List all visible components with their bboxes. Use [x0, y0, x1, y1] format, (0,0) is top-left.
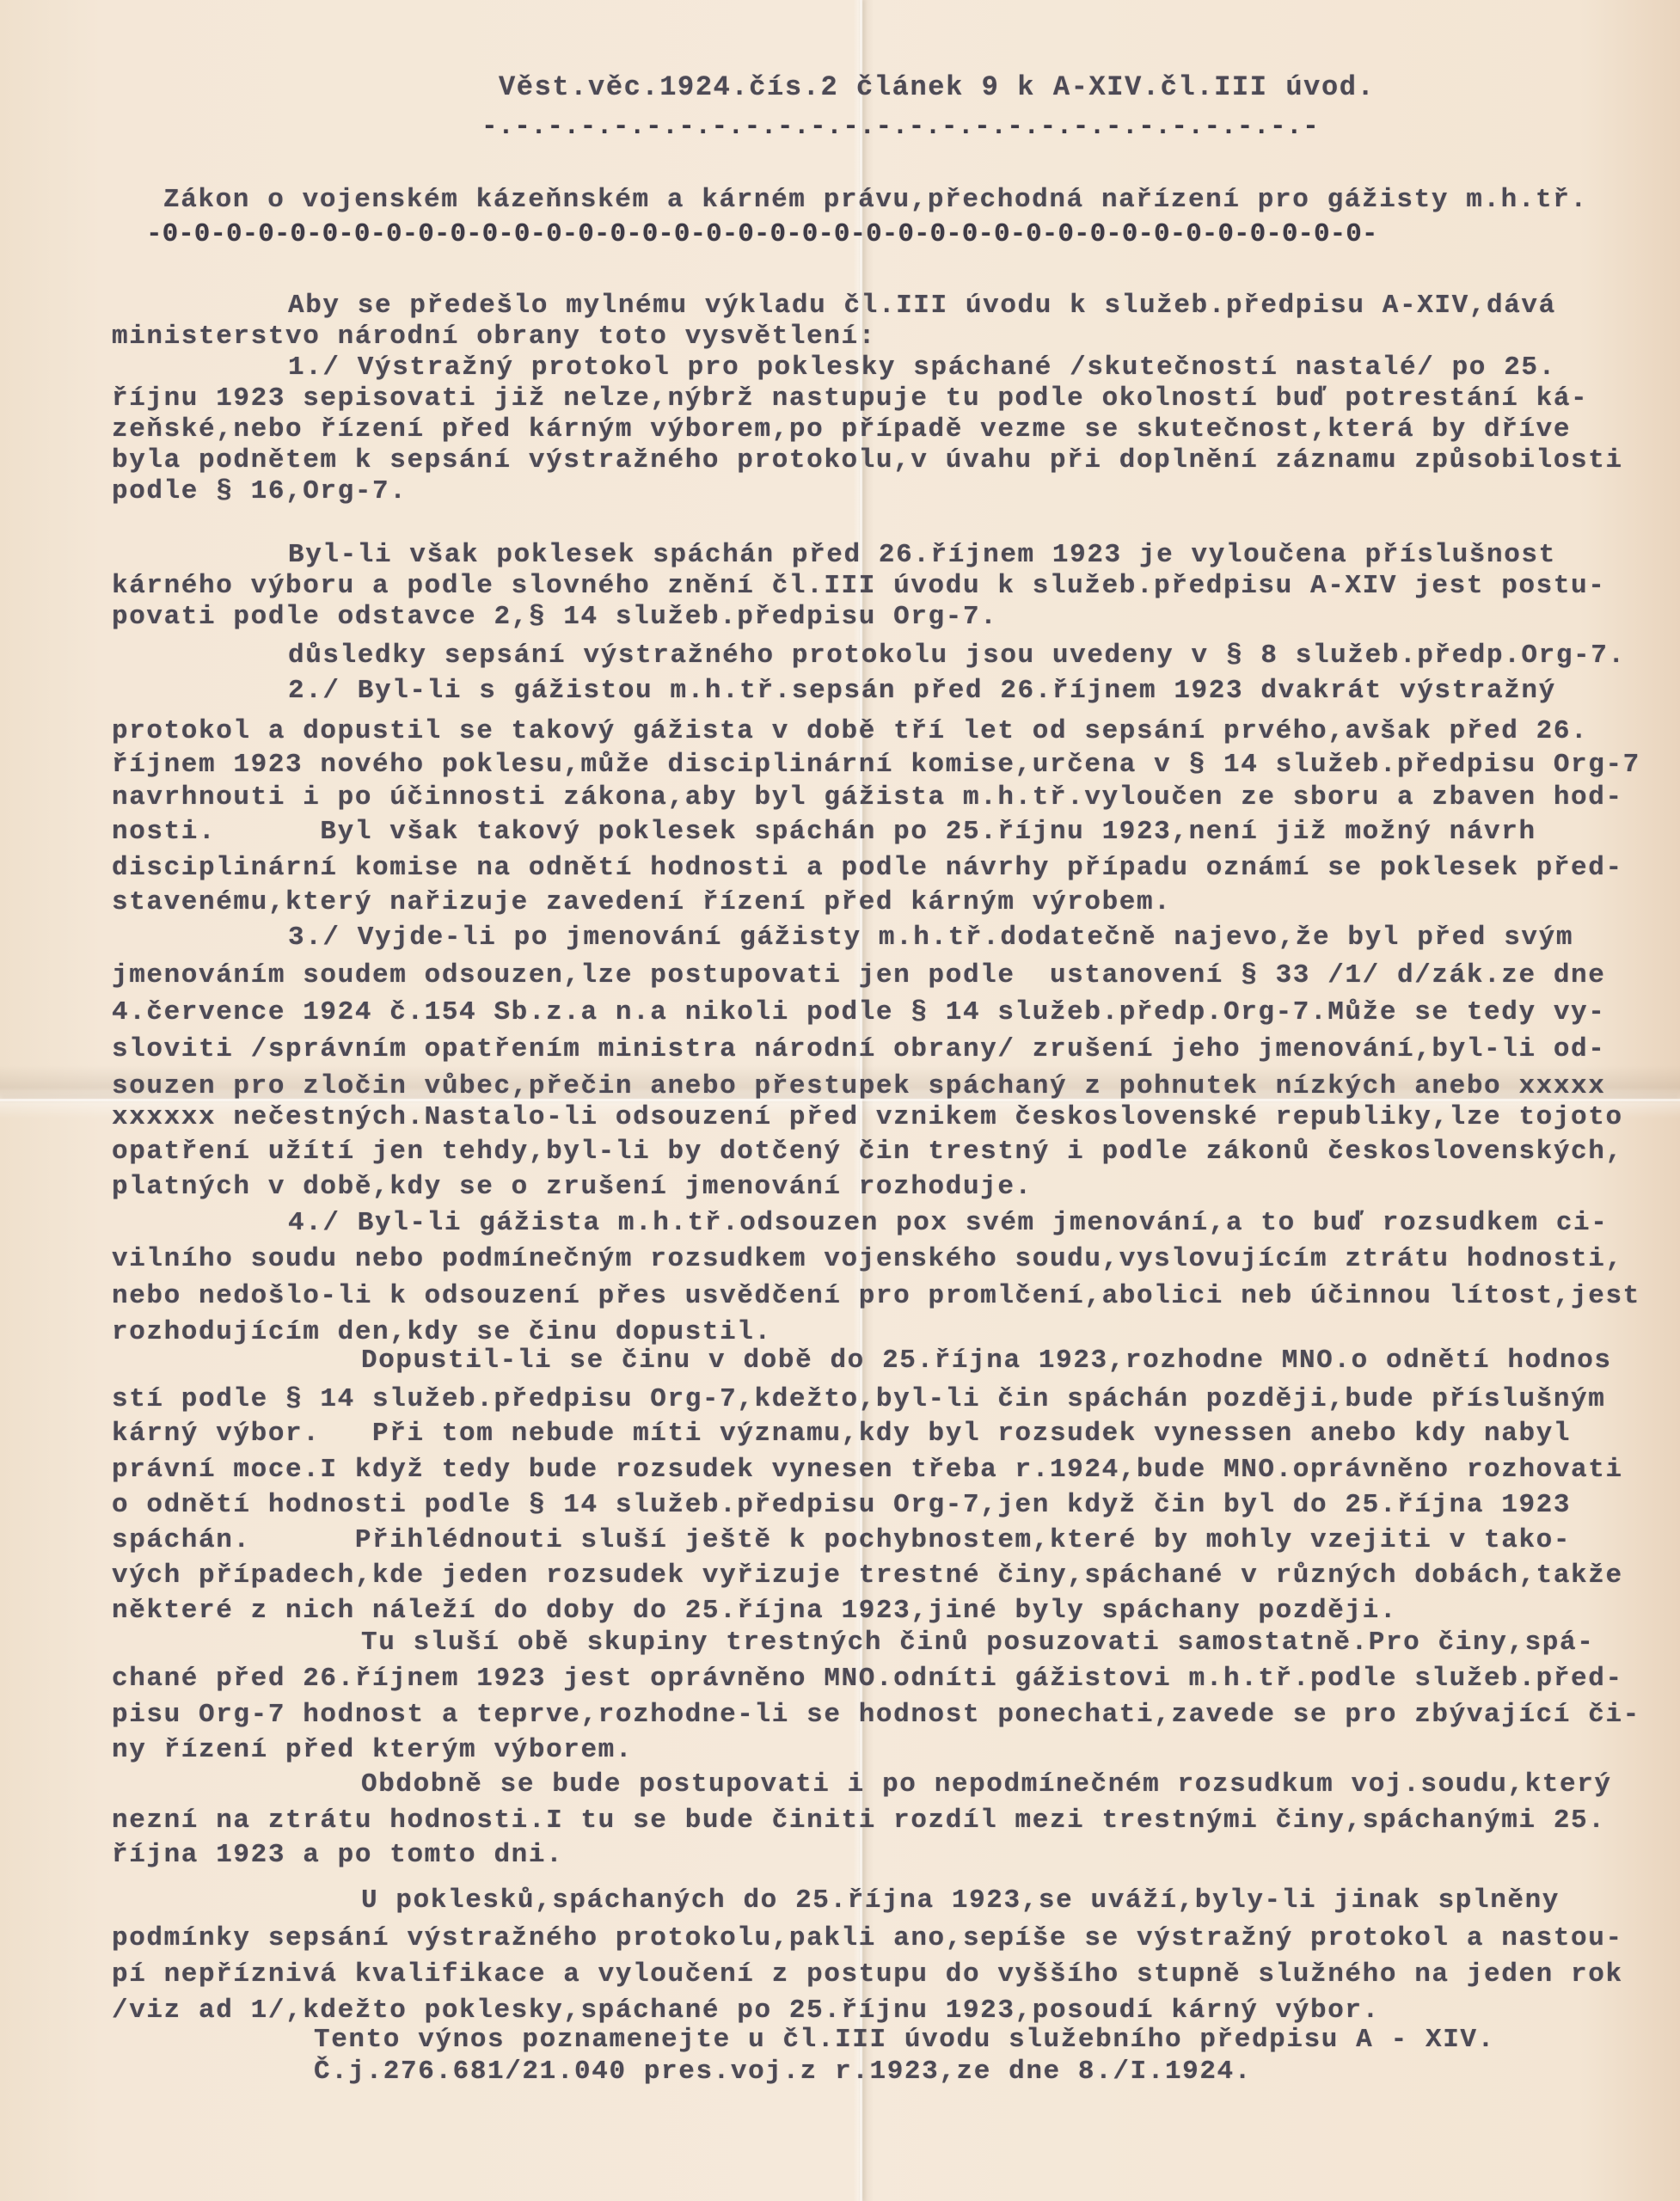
body-text-line: října 1923 a po tomto dni.: [112, 1840, 563, 1871]
title-underline-rule: -0-0-0-0-0-0-0-0-0-0-0-0-0-0-0-0-0-0-0-0…: [146, 219, 1377, 250]
body-text-line: stavenému,který nařizuje zavedení řízení…: [112, 887, 1171, 918]
body-text-line: o odnětí hodnosti podle § 14 služeb.před…: [112, 1490, 1571, 1521]
reference-underline-rule: -.-.-.-.-.-.-.-.-.-.-.-.-.-.-.-.-.-.-.-.…: [481, 112, 1319, 143]
body-text-line: 2./ Byl-li s gážistou m.h.tř.sepsán před…: [288, 676, 1556, 707]
body-text-line: 3./ Vyjde-li po jmenování gážisty m.h.tř…: [288, 923, 1573, 953]
body-text-line: říjnem 1923 nového poklesu,může discipli…: [112, 750, 1640, 781]
body-text-line: navrhnouti i po účinnosti zákona,aby byl…: [112, 782, 1623, 813]
body-text-line: U poklesků,spáchaných do 25.října 1923,s…: [361, 1885, 1560, 1916]
body-text-line: důsledky sepsání výstražného protokolu j…: [288, 641, 1626, 671]
body-text-line: souzen pro zločin vůbec,přečin anebo pře…: [112, 1071, 1605, 1102]
body-text-line: vých případech,kde jeden rozsudek vyřizu…: [112, 1560, 1623, 1591]
body-text-line: stí podle § 14 služeb.předpisu Org-7,kde…: [112, 1384, 1605, 1415]
body-text-line: Tu sluší obě skupiny trestných činů posu…: [361, 1628, 1594, 1658]
body-text-line: Obdobně se bude postupovati i po nepodmí…: [361, 1769, 1612, 1800]
body-text-line: zeňské,nebo řízení před kárným výborem,p…: [112, 414, 1571, 445]
body-text-line: ny řízení před kterým výborem.: [112, 1735, 633, 1766]
body-text-line: Č.j.276.681/21.040 pres.voj.z r.1923,ze …: [314, 2057, 1252, 2088]
body-text-line: pí nepříznivá kvalifikace a vyloučení z …: [112, 1959, 1623, 1990]
body-text-line: spáchán. Přihlédnouti sluší ještě k poch…: [112, 1525, 1571, 1556]
body-text-line: chané před 26.říjnem 1923 jest oprávněno…: [112, 1664, 1623, 1695]
body-text-line: opatření užítí jen tehdy,byl-li by dotče…: [112, 1137, 1623, 1168]
body-text-line: platných v době,kdy se o zrušení jmenová…: [112, 1172, 1033, 1203]
body-text-line: pisu Org-7 hodnost a teprve,rozhodne-li …: [112, 1700, 1640, 1731]
body-text-line: nosti. Byl však takový poklesek spáchán …: [112, 817, 1536, 848]
body-text-line: 1./ Výstražný protokol pro poklesky spác…: [288, 353, 1556, 383]
body-text-line: nezní na ztrátu hodnosti.I tu se bude či…: [112, 1806, 1605, 1836]
body-text-line: xxxxxx nečestných.Nastalo-li odsouzení p…: [112, 1102, 1623, 1133]
body-text-line: 4./ Byl-li gážista m.h.tř.odsouzen pox s…: [288, 1208, 1608, 1239]
body-text-line: některé z nich náleží do doby do 25.říjn…: [112, 1596, 1397, 1627]
body-text-line: právní moce.I když tedy bude rozsudek vy…: [112, 1455, 1623, 1486]
body-text-line: povati podle odstavce 2,§ 14 služeb.před…: [112, 602, 997, 633]
body-text-line: říjnu 1923 sepisovati již nelze,nýbrž na…: [112, 383, 1588, 414]
body-text-line: /viz ad 1/,kdežto poklesky,spáchané po 2…: [112, 1996, 1380, 2026]
body-text-line: Tento výnos poznamenejte u čl.III úvodu …: [314, 2025, 1495, 2056]
body-text-line: vilního soudu nebo podmínečným rozsudkem…: [112, 1244, 1623, 1275]
body-text-line: podle § 16,Org-7.: [112, 476, 407, 507]
body-text-line: kárný výbor. Při tom nebude míti významu…: [112, 1419, 1571, 1450]
body-text-line: Dopustil-li se činu v době do 25.října 1…: [361, 1346, 1612, 1376]
reference-heading: Věst.věc.1924.čís.2 článek 9 k A-XIV.čl.…: [499, 72, 1375, 103]
body-text-line: rozhodujícím den,kdy se činu dopustil.: [112, 1317, 772, 1348]
body-text-line: nebo nedošlo-li k odsouzení přes usvědče…: [112, 1281, 1640, 1312]
body-text-line: 4.července 1924 č.154 Sb.z.a n.a nikoli …: [112, 997, 1605, 1028]
body-text-line: sloviti /správním opatřením ministra nár…: [112, 1034, 1605, 1065]
document-title: Zákon o vojenském kázeňnském a kárném pr…: [163, 185, 1588, 216]
body-text-line: podmínky sepsání výstražného protokolu,p…: [112, 1923, 1623, 1954]
body-text-line: ministerstvo národní obrany toto vysvětl…: [112, 322, 876, 353]
body-text-line: Byl-li však poklesek spáchán před 26.říj…: [288, 540, 1556, 571]
body-text-line: protokol a dopustil se takový gážista v …: [112, 716, 1588, 747]
body-text-line: jmenováním soudem odsouzen,lze postupova…: [112, 960, 1605, 991]
body-text-line: disciplinární komise na odnětí hodnosti …: [112, 853, 1623, 884]
body-text-line: Aby se předešlo mylnému výkladu čl.III ú…: [288, 291, 1556, 322]
body-text-line: kárného výboru a podle slovného znění čl…: [112, 571, 1605, 602]
body-text-line: byla podnětem k sepsání výstražného prot…: [112, 445, 1623, 476]
